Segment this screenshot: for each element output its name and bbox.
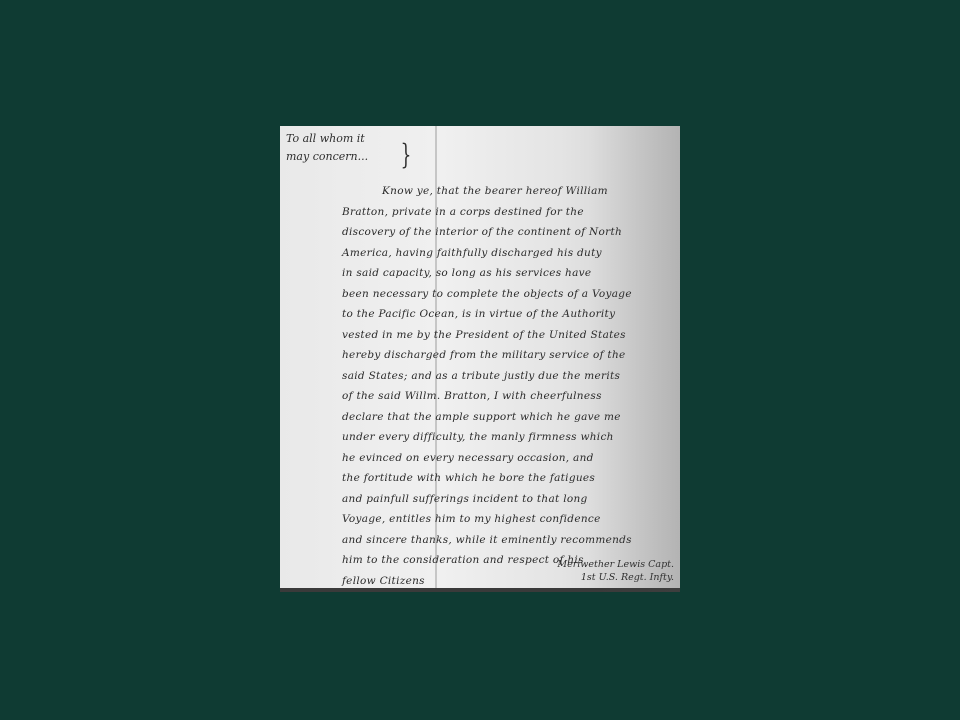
letter-line: been necessary to complete the objects o…: [342, 284, 678, 305]
signature-block: Meriwether Lewis Capt. 1st U.S. Regt. In…: [557, 558, 674, 584]
signature-name: Meriwether Lewis Capt.: [557, 558, 674, 571]
letter-line: discovery of the interior of the contine…: [342, 222, 678, 243]
letter-line: of the said Willm. Bratton, I with cheer…: [342, 386, 678, 407]
historical-letter-image: To all whom it may concern... } Know ye,…: [280, 126, 680, 592]
brace-mark: }: [401, 138, 412, 171]
letter-body: Know ye, that the bearer hereof William …: [342, 181, 678, 591]
letter-line: America, having faithfully discharged hi…: [342, 243, 678, 264]
salutation-line: To all whom it: [286, 130, 368, 148]
page-bottom-edge: [280, 588, 680, 592]
letter-line: hereby discharged from the military serv…: [342, 345, 678, 366]
letter-line: said States; and as a tribute justly due…: [342, 366, 678, 387]
signature-rank: 1st U.S. Regt. Infty.: [557, 571, 674, 584]
letter-line: him to the consideration and respect of …: [342, 550, 678, 571]
letter-line: Voyage, entitles him to my highest confi…: [342, 509, 678, 530]
letter-line: vested in me by the President of the Uni…: [342, 325, 678, 346]
letter-line: he evinced on every necessary occasion, …: [342, 448, 678, 469]
letter-line: under every difficulty, the manly firmne…: [342, 427, 678, 448]
salutation: To all whom it may concern...: [286, 130, 368, 166]
letter-line: in said capacity, so long as his service…: [342, 263, 678, 284]
letter-line: the fortitude with which he bore the fat…: [342, 468, 678, 489]
letter-line: Know ye, that the bearer hereof William: [342, 181, 678, 202]
letter-line: declare that the ample support which he …: [342, 407, 678, 428]
letter-line: and sincere thanks, while it eminently r…: [342, 530, 678, 551]
letter-line: to the Pacific Ocean, is in virtue of th…: [342, 304, 678, 325]
letter-line: Bratton, private in a corps destined for…: [342, 202, 678, 223]
salutation-line: may concern...: [286, 148, 368, 166]
letter-line: and painfull sufferings incident to that…: [342, 489, 678, 510]
